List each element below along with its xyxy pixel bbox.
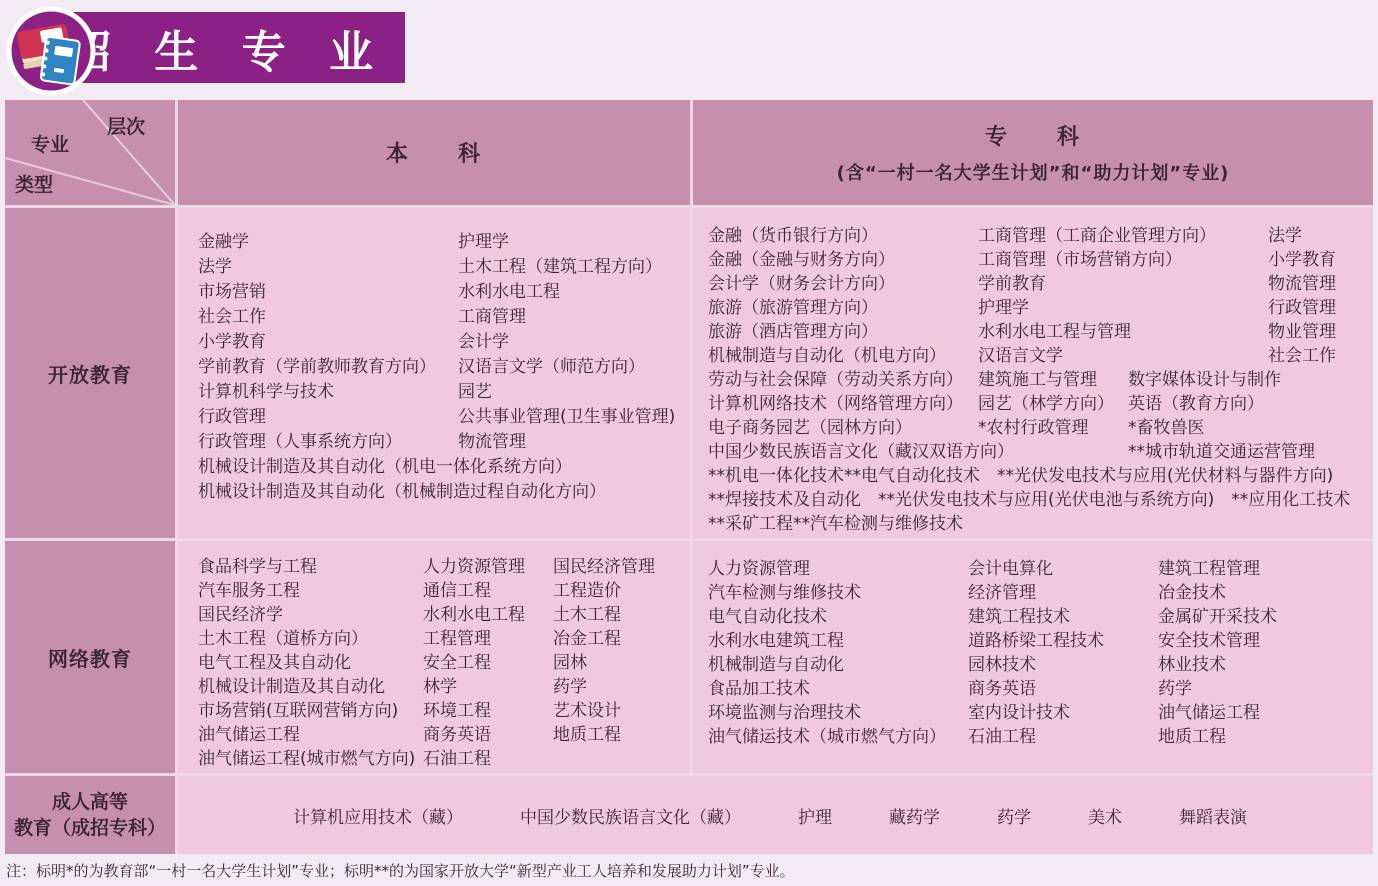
major-item: 土木工程（道桥方向） [198,627,423,651]
major-item: 物流管理 [1268,272,1373,296]
major-item: 机械设计制造及其自动化 [198,675,423,699]
major-item: 计算机应用技术（藏） [293,803,463,828]
major-item: 建筑工程管理 [1158,557,1277,581]
major-item: 艺术设计 [553,699,655,723]
major-item: 地质工程 [1158,725,1277,749]
major-item: 行政管理 [1268,296,1373,320]
major-item: 学前教育（学前教师教育方向） [198,355,458,380]
column-header-undergrad: 本 科 [178,100,690,205]
major-item: 土木工程（建筑工程方向） [458,255,675,280]
major-item: 法学 [1268,224,1373,248]
major-item: 石油工程 [423,747,553,771]
major-item: 社会工作 [1268,344,1373,368]
major-item: 工商管理（市场营销方向） [978,248,1268,272]
major-item: 工商管理（工商企业管理方向） [978,224,1268,248]
major-item: 环境监测与治理技术 [708,701,968,725]
major-item: 人力资源管理 [423,555,553,579]
major-item: 金属矿开采技术 [1158,605,1277,629]
major-item: 金融（货币银行方向） [708,224,978,248]
major-item: 油气储运工程 [198,723,423,747]
major-item: 食品加工技术 [708,677,968,701]
major-item: 行政管理（人事系统方向） [198,430,458,455]
major-item: 汉语言文学（师范方向） [458,355,675,380]
major-item: 电气自动化技术 [708,605,968,629]
major-item: 机械设计制造及其自动化（机电一体化系统方向） [198,455,690,480]
adult-education-label-line1: 成人高等 [52,789,128,815]
major-item: 会计电算化 [968,557,1158,581]
major-item: 药学 [1158,677,1277,701]
major-item: 护理 [798,803,832,828]
major-item: 商务英语 [968,677,1158,701]
major-item: 计算机科学与技术 [198,380,458,405]
major-item: 市场营销(互联网营销方向) [198,699,423,723]
corner-header-cell: 层次 专业 类型 [5,100,175,205]
major-item: 药学 [997,803,1031,828]
network-college-cell: 人力资源管理 汽车检测与维修技术 电气自动化技术 水利水电建筑工程 机械制造与自… [693,541,1373,773]
college-header-text: 专 科 [985,120,1081,151]
major-item: 计算机网络技术（网络管理方向） [708,392,978,416]
major-item: 物流管理 [458,430,675,455]
major-item: 冶金技术 [1158,581,1277,605]
major-item: 劳动与社会保障（劳动关系方向） [708,368,978,392]
major-item: 水利水电建筑工程 [708,629,968,653]
major-item: 汽车服务工程 [198,579,423,603]
open-education-label: 开放教育 [48,359,132,388]
major-item: 道路桥梁工程技术 [968,629,1158,653]
adult-education-label-line2: 教育（成招专科） [14,815,166,841]
major-item: 国民经济学 [198,603,423,627]
corner-label-level: 层次 [107,112,145,139]
row-header-open-education: 开放教育 [5,208,175,538]
major-item: 舞蹈表演 [1179,803,1247,828]
major-item: 数字媒体设计与制作 [1128,368,1373,392]
major-item: 石油工程 [968,725,1158,749]
major-item: 园林技术 [968,653,1158,677]
major-item: 商务英语 [423,723,553,747]
major-item: 人力资源管理 [708,557,968,581]
major-item: 土木工程 [553,603,655,627]
major-item: 中国少数民族语言文化（藏） [520,803,741,828]
major-item: 经济管理 [968,581,1158,605]
major-item: 环境工程 [423,699,553,723]
open-college-cell: 金融（货币银行方向） 工商管理（工商企业管理方向） 法学 金融（金融与财务方向）… [693,208,1373,538]
footnote: 注：标明*的为教育部“一村一名大学生计划”专业；标明**的为国家开放大学“新型产… [6,860,795,881]
major-item: 园林 [553,651,655,675]
major-item: 油气储运工程 [1158,701,1277,725]
major-item: 行政管理 [198,405,458,430]
major-item: 电气工程及其自动化 [198,651,423,675]
major-item: 市场营销 [198,280,458,305]
major-item: 安全技术管理 [1158,629,1277,653]
major-item: *农村行政管理 [978,416,1128,440]
major-item: 社会工作 [198,305,458,330]
major-item: **城市轨道交通运营管理 [1128,440,1373,464]
major-item: 地质工程 [553,723,655,747]
major-item: 公共事业管理(卫生事业管理) [458,405,675,430]
major-item: 建筑施工与管理 [978,368,1128,392]
major-item: 药学 [553,675,655,699]
major-item: 林学 [423,675,553,699]
major-item: 小学教育 [1268,248,1373,272]
major-item: 通信工程 [423,579,553,603]
major-item: 工商管理 [458,305,675,330]
network-education-label: 网络教育 [48,643,132,672]
major-item: 会计学 [458,330,675,355]
major-item: 建筑工程技术 [968,605,1158,629]
major-item: 旅游（酒店管理方向） [708,320,978,344]
majors-table: 层次 专业 类型 本 科 专 科 (含“一村一名大学生计划”和“助力计划”专业)… [5,100,1373,854]
major-item: 机械制造与自动化（机电方向） [708,344,978,368]
major-item: *畜牧兽医 [1128,416,1373,440]
corner-label-type: 类型 [15,170,53,197]
major-item: 园艺 [458,380,675,405]
major-item: 安全工程 [423,651,553,675]
major-item: 水利水电工程 [423,603,553,627]
major-item: 冶金工程 [553,627,655,651]
major-item: 中国少数民族语言文化（藏汉双语方向） [708,440,1128,464]
major-item: 工程造价 [553,579,655,603]
major-item: 汽车检测与维修技术 [708,581,968,605]
row-header-adult-education: 成人高等 教育（成招专科） [5,776,175,854]
major-item: 护理学 [978,296,1268,320]
major-item: 法学 [198,255,458,280]
major-item: 油气储运技术（城市燃气方向） [708,725,968,749]
row-header-network-education: 网络教育 [5,541,175,773]
corner-label-major: 专业 [31,130,69,157]
major-item: 物业管理 [1268,320,1373,344]
major-item: 工程管理 [423,627,553,651]
major-item: 机械制造与自动化 [708,653,968,677]
college-header-subtext: (含“一村一名大学生计划”和“助力计划”专业) [837,159,1230,185]
major-item: 水利水电工程 [458,280,675,305]
major-item: 机械设计制造及其自动化（机械制造过程自动化方向） [198,480,690,505]
major-item: 金融学 [198,230,458,255]
major-item: **焊接技术及自动化 **光伏发电技术与应用(光伏电池与系统方向) **应用化工… [708,488,1373,512]
network-undergrad-cell: 食品科学与工程 汽车服务工程 国民经济学 土木工程（道桥方向） 电气工程及其自动… [178,541,690,773]
banner-title: 招 生 专 业 [67,16,387,80]
major-item: 金融（金融与财务方向） [708,248,978,272]
books-icon [5,5,97,97]
adult-majors-cell: 计算机应用技术（藏） 中国少数民族语言文化（藏） 护理 藏药学 药学 美术 舞蹈… [178,776,1373,854]
major-item: 汉语言文学 [978,344,1268,368]
major-item: 护理学 [458,230,675,255]
undergrad-header-text: 本 科 [386,137,482,168]
major-item: 藏药学 [889,803,940,828]
major-item: 食品科学与工程 [198,555,423,579]
open-undergrad-cell: 金融学 法学 市场营销 社会工作 小学教育 学前教育（学前教师教育方向） 计算机… [178,208,690,538]
major-item: 电子商务园艺（园林方向） [708,416,978,440]
major-item: 水利水电工程与管理 [978,320,1268,344]
major-item: 英语（教育方向） [1128,392,1373,416]
major-item: 油气储运工程(城市燃气方向) [198,747,423,771]
major-item: 室内设计技术 [968,701,1158,725]
major-item: 学前教育 [978,272,1268,296]
column-header-college: 专 科 (含“一村一名大学生计划”和“助力计划”专业) [693,100,1373,205]
major-item: 旅游（旅游管理方向） [708,296,978,320]
major-item: 会计学（财务会计方向） [708,272,978,296]
major-item: 小学教育 [198,330,458,355]
major-item: 国民经济管理 [553,555,655,579]
major-item: **采矿工程**汽车检测与维修技术 [708,512,1373,536]
major-item: 林业技术 [1158,653,1277,677]
major-item: 园艺（林学方向） [978,392,1128,416]
major-item: 美术 [1088,803,1122,828]
major-item: **机电一体化技术**电气自动化技术 **光伏发电技术与应用(光伏材料与器件方向… [708,464,1373,488]
